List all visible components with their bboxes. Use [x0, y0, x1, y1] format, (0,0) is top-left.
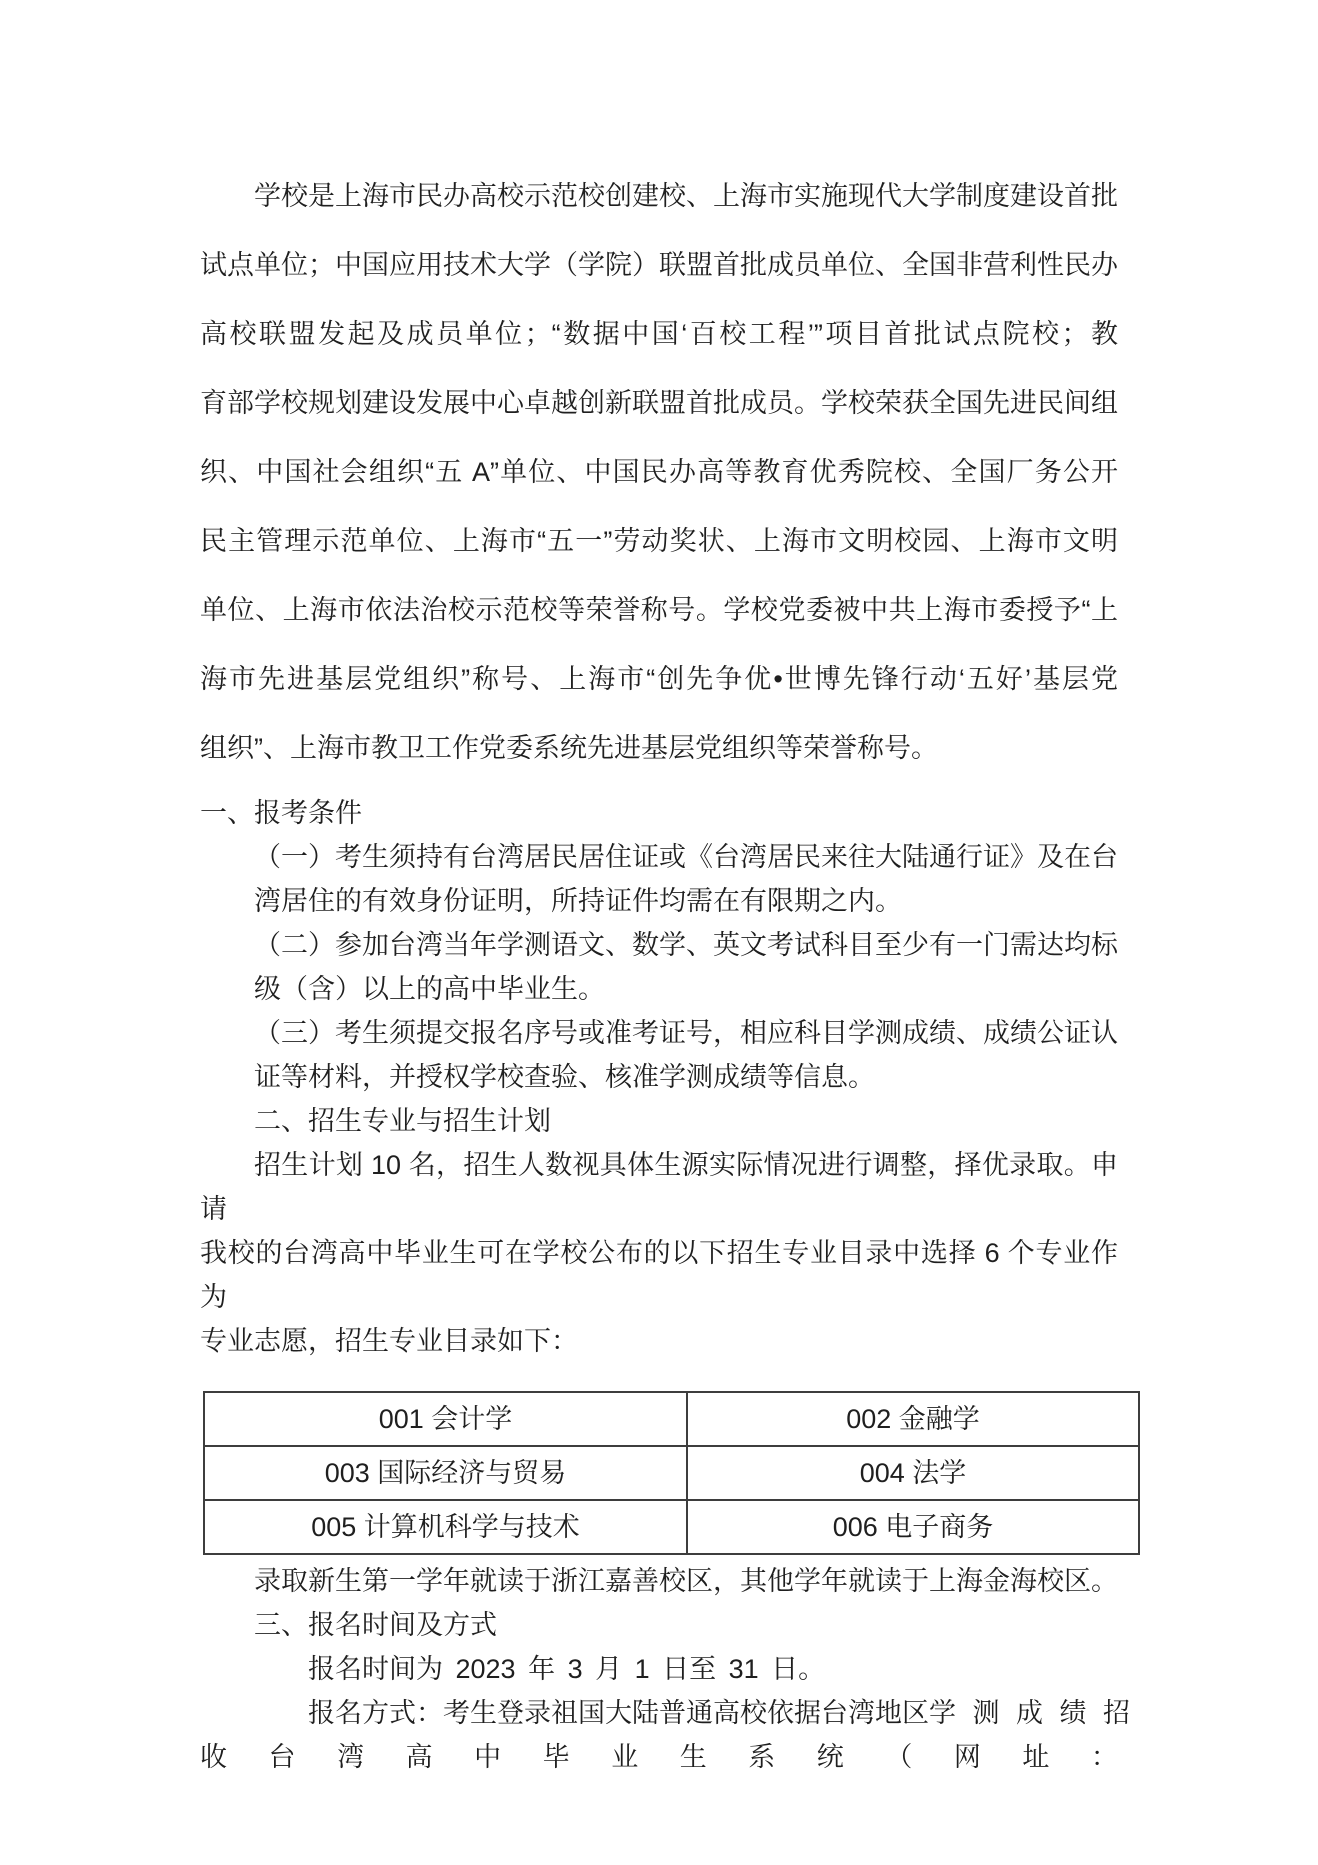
spread-char: ：: [1091, 1735, 1118, 1779]
spread-char: 址: [1022, 1735, 1049, 1779]
spread-char: 高: [406, 1735, 433, 1779]
spread-char: 网: [954, 1735, 981, 1779]
enrollment-plan-paragraph: 招生计划 10 名，招生人数视具体生源实际情况进行调整，择优录取。申请 我校的台…: [200, 1143, 1118, 1363]
intro-line: 海市先进基层党组织”称号、上海市“创先争优•世博先锋行动‘五好’基层党: [200, 645, 1118, 714]
registration-system-line: 收台湾高中毕业生系统（网址：: [200, 1735, 1118, 1779]
intro-line: 试点单位；中国应用技术大学（学院）联盟首批成员单位、全国非营利性民办: [200, 231, 1118, 300]
requirement-item-1: （一）考生须持有台湾居民居住证或《台湾居民来往大陆通行证》及在台 湾居住的有效身…: [254, 835, 1118, 923]
major-cell: 002 金融学: [687, 1392, 1139, 1446]
plan-line: 我校的台湾高中毕业生可在学校公布的以下招生专业目录中选择 6 个专业作为: [200, 1231, 1118, 1319]
spread-char: 业: [611, 1735, 638, 1779]
item-line: 级（含）以上的高中毕业生。: [254, 967, 1118, 1011]
item-line: 证等材料，并授权学校查验、核准学测成绩等信息。: [254, 1055, 1118, 1099]
section3-heading: 三、报名时间及方式: [200, 1603, 1118, 1647]
requirement-item-3: （三）考生须提交报名序号或准考证号，相应科目学测成绩、成绩公证认 证等材料，并授…: [254, 1011, 1118, 1099]
spread-char: 收: [200, 1735, 227, 1779]
section1-items: （一）考生须持有台湾居民居住证或《台湾居民来往大陆通行证》及在台 湾居住的有效身…: [200, 835, 1118, 1099]
document-page: 学校是上海市民办高校示范校创建校、上海市实施现代大学制度建设首批 试点单位；中国…: [0, 0, 1318, 1865]
requirement-item-2: （二）参加台湾当年学测语文、数学、英文考试科目至少有一门需达均标 级（含）以上的…: [254, 923, 1118, 1011]
campus-note: 录取新生第一学年就读于浙江嘉善校区，其他学年就读于上海金海校区。: [200, 1559, 1118, 1603]
item-line: 湾居住的有效身份证明，所持证件均需在有限期之内。: [254, 879, 1118, 923]
intro-line: 组织”、上海市教卫工作党委系统先进基层党组织等荣誉称号。: [200, 714, 1118, 783]
item-line: （一）考生须持有台湾居民居住证或《台湾居民来往大陆通行证》及在台: [254, 835, 1118, 879]
spread-char: 台: [269, 1735, 296, 1779]
major-cell: 004 法学: [687, 1446, 1139, 1500]
intro-line: 学校是上海市民办高校示范校创建校、上海市实施现代大学制度建设首批: [200, 162, 1118, 231]
intro-line: 高校联盟发起及成员单位；“数据中国‘百校工程’”项目首批试点院校；教: [200, 300, 1118, 369]
registration-method-line: 报名方式：考生登录祖国大陆普通高校依据台湾地区学 测 成 绩 招: [200, 1691, 1118, 1735]
item-line: （二）参加台湾当年学测语文、数学、英文考试科目至少有一门需达均标: [254, 923, 1118, 967]
major-cell: 001 会计学: [204, 1392, 687, 1446]
spread-char: 生: [680, 1735, 707, 1779]
section2-heading: 二、招生专业与招生计划: [200, 1099, 1118, 1143]
spread-char: 中: [474, 1735, 501, 1779]
major-cell: 006 电子商务: [687, 1500, 1139, 1554]
intro-paragraph: 学校是上海市民办高校示范校创建校、上海市实施现代大学制度建设首批 试点单位；中国…: [200, 162, 1118, 783]
table-row: 005 计算机科学与技术 006 电子商务: [204, 1500, 1139, 1554]
item-line: （三）考生须提交报名序号或准考证号，相应科目学测成绩、成绩公证认: [254, 1011, 1118, 1055]
section1-heading: 一、报考条件: [200, 791, 1118, 835]
plan-line: 专业志愿，招生专业目录如下：: [200, 1319, 1118, 1363]
major-cell: 003 国际经济与贸易: [204, 1446, 687, 1500]
spread-char: 系: [748, 1735, 775, 1779]
table-row: 003 国际经济与贸易 004 法学: [204, 1446, 1139, 1500]
spread-char: 毕: [543, 1735, 570, 1779]
plan-line: 招生计划 10 名，招生人数视具体生源实际情况进行调整，择优录取。申请: [200, 1143, 1118, 1231]
spread-char: （: [885, 1735, 912, 1779]
majors-table: 001 会计学 002 金融学 003 国际经济与贸易 004 法学 005 计…: [203, 1391, 1140, 1555]
intro-line: 育部学校规划建设发展中心卓越创新联盟首批成员。学校荣获全国先进民间组: [200, 369, 1118, 438]
intro-line: 单位、上海市依法治校示范校等荣誉称号。学校党委被中共上海市委授予“上: [200, 576, 1118, 645]
spread-char: 湾: [337, 1735, 364, 1779]
major-cell: 005 计算机科学与技术: [204, 1500, 687, 1554]
spread-char: 统: [817, 1735, 844, 1779]
intro-line: 民主管理示范单位、上海市“五一”劳动奖状、上海市文明校园、上海市文明: [200, 507, 1118, 576]
registration-time-line: 报名时间为 2023 年 3 月 1 日至 31 日。: [200, 1647, 1118, 1691]
table-row: 001 会计学 002 金融学: [204, 1392, 1139, 1446]
intro-line: 织、中国社会组织“五 A”单位、中国民办高等教育优秀院校、全国厂务公开: [200, 438, 1118, 507]
